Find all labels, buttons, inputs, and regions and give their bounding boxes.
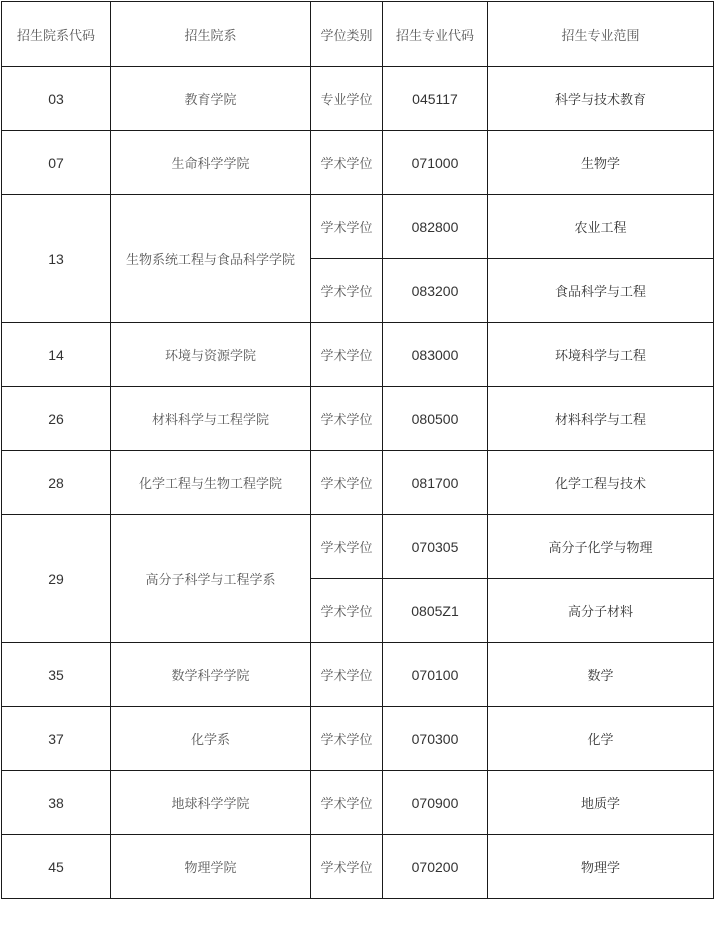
degree-type-cell: 学术学位: [311, 707, 383, 771]
dept-code-cell: 28: [2, 451, 111, 515]
dept-name-cell: 生命科学学院: [111, 131, 311, 195]
major-code-cell: 070200: [383, 835, 488, 899]
major-code-cell: 071000: [383, 131, 488, 195]
major-code-cell: 081700: [383, 451, 488, 515]
table-row: 13生物系统工程与食品科学学院学术学位082800农业工程: [2, 195, 714, 259]
table-row: 37化学系学术学位070300化学: [2, 707, 714, 771]
major-name-cell: 高分子材料: [488, 579, 714, 643]
major-code-cell: 045117: [383, 67, 488, 131]
degree-type-cell: 学术学位: [311, 643, 383, 707]
degree-type-cell: 学术学位: [311, 259, 383, 323]
dept-name-cell: 化学工程与生物工程学院: [111, 451, 311, 515]
table-row: 26材料科学与工程学院学术学位080500材料科学与工程: [2, 387, 714, 451]
major-name-cell: 农业工程: [488, 195, 714, 259]
header-dept-code: 招生院系代码: [2, 2, 111, 67]
degree-type-cell: 学术学位: [311, 771, 383, 835]
header-major-code: 招生专业代码: [383, 2, 488, 67]
table-row: 45物理学院学术学位070200物理学: [2, 835, 714, 899]
major-code-cell: 070900: [383, 771, 488, 835]
major-name-cell: 科学与技术教育: [488, 67, 714, 131]
dept-code-cell: 45: [2, 835, 111, 899]
dept-code-cell: 37: [2, 707, 111, 771]
major-name-cell: 化学工程与技术: [488, 451, 714, 515]
table-header-row: 招生院系代码 招生院系 学位类别 招生专业代码 招生专业范围: [2, 2, 714, 67]
table-row: 03教育学院专业学位045117科学与技术教育: [2, 67, 714, 131]
dept-name-cell: 物理学院: [111, 835, 311, 899]
dept-name-cell: 环境与资源学院: [111, 323, 311, 387]
dept-name-cell: 高分子科学与工程学系: [111, 515, 311, 643]
major-code-cell: 070100: [383, 643, 488, 707]
dept-code-cell: 07: [2, 131, 111, 195]
major-code-cell: 083000: [383, 323, 488, 387]
table-row: 28化学工程与生物工程学院学术学位081700化学工程与技术: [2, 451, 714, 515]
dept-name-cell: 教育学院: [111, 67, 311, 131]
degree-type-cell: 学术学位: [311, 387, 383, 451]
degree-type-cell: 学术学位: [311, 835, 383, 899]
dept-code-cell: 29: [2, 515, 111, 643]
degree-type-cell: 专业学位: [311, 67, 383, 131]
header-degree-type: 学位类别: [311, 2, 383, 67]
dept-code-cell: 38: [2, 771, 111, 835]
table-row: 35数学科学学院学术学位070100数学: [2, 643, 714, 707]
header-dept: 招生院系: [111, 2, 311, 67]
table-row: 07生命科学学院学术学位071000生物学: [2, 131, 714, 195]
table-row: 14环境与资源学院学术学位083000环境科学与工程: [2, 323, 714, 387]
dept-code-cell: 35: [2, 643, 111, 707]
degree-type-cell: 学术学位: [311, 195, 383, 259]
dept-name-cell: 化学系: [111, 707, 311, 771]
degree-type-cell: 学术学位: [311, 579, 383, 643]
major-code-cell: 083200: [383, 259, 488, 323]
major-name-cell: 地质学: [488, 771, 714, 835]
dept-code-cell: 14: [2, 323, 111, 387]
admissions-table: 招生院系代码 招生院系 学位类别 招生专业代码 招生专业范围 03教育学院专业学…: [1, 1, 714, 899]
dept-code-cell: 26: [2, 387, 111, 451]
dept-code-cell: 03: [2, 67, 111, 131]
major-name-cell: 高分子化学与物理: [488, 515, 714, 579]
dept-name-cell: 地球科学学院: [111, 771, 311, 835]
major-name-cell: 数学: [488, 643, 714, 707]
degree-type-cell: 学术学位: [311, 515, 383, 579]
major-code-cell: 0805Z1: [383, 579, 488, 643]
degree-type-cell: 学术学位: [311, 323, 383, 387]
dept-name-cell: 数学科学学院: [111, 643, 311, 707]
major-name-cell: 物理学: [488, 835, 714, 899]
major-code-cell: 070300: [383, 707, 488, 771]
major-name-cell: 环境科学与工程: [488, 323, 714, 387]
degree-type-cell: 学术学位: [311, 131, 383, 195]
degree-type-cell: 学术学位: [311, 451, 383, 515]
dept-name-cell: 生物系统工程与食品科学学院: [111, 195, 311, 323]
major-name-cell: 食品科学与工程: [488, 259, 714, 323]
major-name-cell: 材料科学与工程: [488, 387, 714, 451]
header-major-scope: 招生专业范围: [488, 2, 714, 67]
major-name-cell: 化学: [488, 707, 714, 771]
dept-name-cell: 材料科学与工程学院: [111, 387, 311, 451]
table-row: 29高分子科学与工程学系学术学位070305高分子化学与物理: [2, 515, 714, 579]
major-code-cell: 082800: [383, 195, 488, 259]
major-code-cell: 080500: [383, 387, 488, 451]
dept-code-cell: 13: [2, 195, 111, 323]
table-row: 38地球科学学院学术学位070900地质学: [2, 771, 714, 835]
major-name-cell: 生物学: [488, 131, 714, 195]
major-code-cell: 070305: [383, 515, 488, 579]
